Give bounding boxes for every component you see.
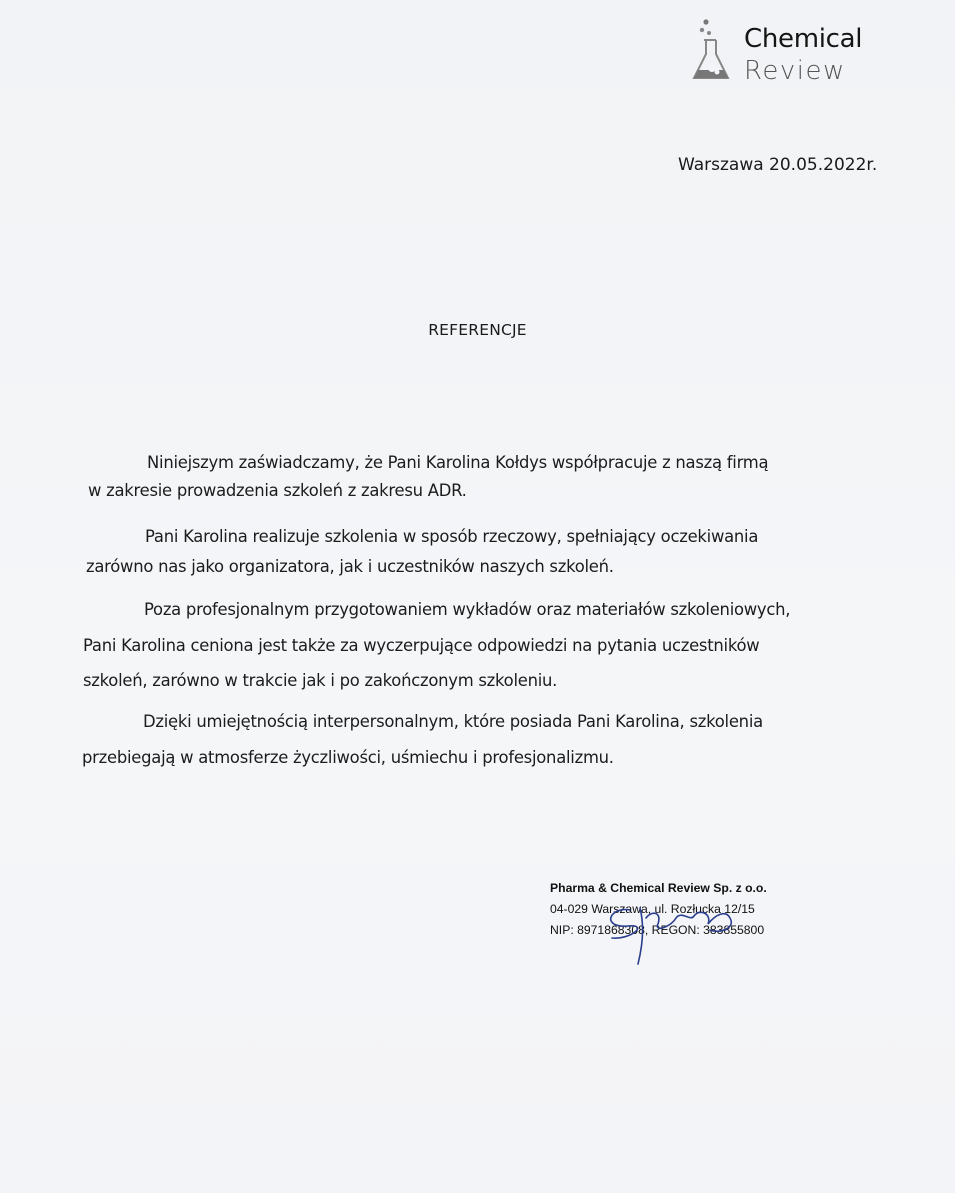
company-logo: Chemical Review (690, 18, 880, 90)
logo-text-chemical: Chemical (744, 24, 862, 54)
document-date: Warszawa 20.05.2022r. (678, 155, 877, 175)
body-line: Pani Karolina ceniona jest także za wycz… (83, 636, 759, 655)
document-page: Chemical Review Warszawa 20.05.2022r. RE… (0, 0, 955, 1193)
body-line: Poza profesjonalnym przygotowaniem wykła… (144, 600, 790, 619)
handwritten-signature (590, 888, 760, 968)
body-line: Dzięki umiejętnością interpersonalnym, k… (143, 712, 763, 731)
body-line: zarówno nas jako organizatora, jak i ucz… (86, 557, 614, 576)
body-line: szkoleń, zarówno w trakcie jak i po zako… (83, 671, 557, 690)
body-line: Pani Karolina realizuje szkolenia w spos… (145, 527, 758, 546)
body-line: Niniejszym zaświadczamy, że Pani Karolin… (147, 453, 768, 472)
body-line: przebiegają w atmosferze życzliwości, uś… (82, 748, 614, 767)
flask-icon (690, 18, 740, 84)
logo-text-review: Review (744, 56, 846, 86)
document-title: REFERENCJE (0, 321, 955, 339)
body-line: w zakresie prowadzenia szkoleń z zakresu… (88, 481, 467, 500)
